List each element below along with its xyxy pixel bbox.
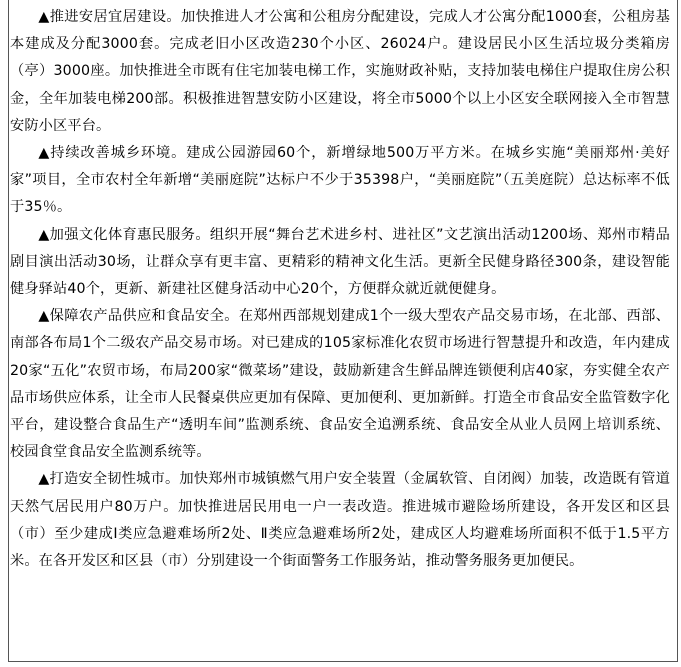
paragraph-urban-rural-environment: ▲持续改善城乡环境。建成公园游园60个，新增绿地500万平方米。在城乡实施“美丽… [10,140,670,222]
paragraph-resilient-city: ▲打造安全韧性城市。加快郑州市城镇燃气用户安全装置（金属软管、自闭阀）加装，改造… [10,466,670,575]
paragraph-food-supply-safety: ▲保障农产品供应和食品安全。在郑州西部规划建成1个一级大型农产品交易市场，在北部… [10,303,670,466]
paragraph-housing: ▲推进安居宜居建设。加快推进人才公寓和公租房分配建设，完成人才公寓分配1000套… [10,4,670,140]
paragraph-culture-sports: ▲加强文化体育惠民服务。组织开展“舞台艺术进乡村、进社区”文艺演出活动1200场… [10,222,670,304]
document-body: ▲推进安居宜居建设。加快推进人才公寓和公租房分配建设，完成人才公寓分配1000套… [10,4,670,575]
